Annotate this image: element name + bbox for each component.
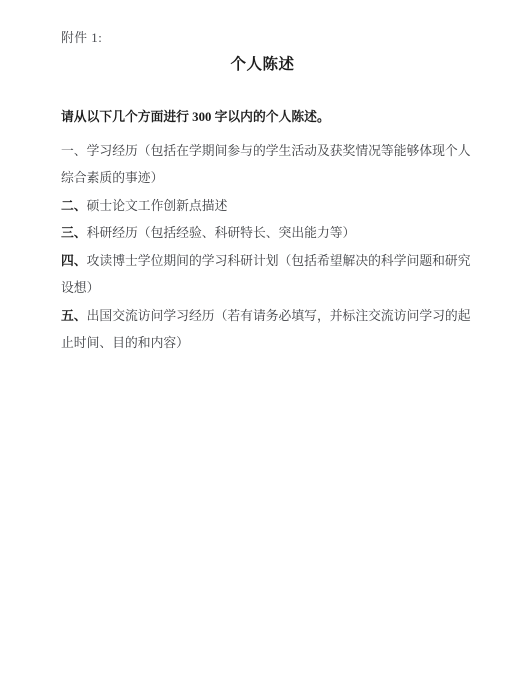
item-line-wrap: 止时间、目的和内容） <box>61 330 471 357</box>
item-line-wrap: 设想） <box>61 275 471 302</box>
item-text: 硕士论文工作创新点描述 <box>87 199 228 213</box>
item-line-wrap: 综合素质的事迹） <box>61 165 471 192</box>
item-text: 止时间、目的和内容） <box>61 336 189 350</box>
item-line-first: 四、攻读博士学位期间的学习科研计划（包括希望解决的科学问题和研究 <box>61 248 471 275</box>
item-number: 三、 <box>61 226 87 240</box>
page-title: 个人陈述 <box>0 52 525 74</box>
item-number: 一、 <box>61 144 87 158</box>
item-text: 综合素质的事迹） <box>61 171 163 185</box>
item-text: 设想） <box>61 281 99 295</box>
item-line-first: 三、科研经历（包括经验、科研特长、突出能力等） <box>61 220 471 247</box>
item-text: 攻读博士学位期间的学习科研计划（包括希望解决的科学问题和研究 <box>87 254 471 268</box>
item-number: 二、 <box>61 199 87 213</box>
item-text: 出国交流访问学习经历（若有请务必填写，并标注交流访问学习的起 <box>87 309 471 323</box>
item-number: 五、 <box>61 309 87 323</box>
item-line-first: 五、出国交流访问学习经历（若有请务必填写，并标注交流访问学习的起 <box>61 303 471 330</box>
item-text: 科研经历（包括经验、科研特长、突出能力等） <box>87 226 356 240</box>
statement-items: 一、学习经历（包括在学期间参与的学生活动及获奖情况等能够体现个人综合素质的事迹）… <box>61 138 471 358</box>
attachment-label: 附件 1: <box>61 29 102 47</box>
intro-instruction: 请从以下几个方面进行 300 字以内的个人陈述。 <box>61 104 471 131</box>
item-text: 学习经历（包括在学期间参与的学生活动及获奖情况等能够体现个人 <box>87 144 471 158</box>
item-line-first: 一、学习经历（包括在学期间参与的学生活动及获奖情况等能够体现个人 <box>61 138 471 165</box>
item-line-first: 二、硕士论文工作创新点描述 <box>61 193 471 220</box>
item-number: 四、 <box>61 254 87 268</box>
document-page: 附件 1: 个人陈述 请从以下几个方面进行 300 字以内的个人陈述。 一、学习… <box>0 0 525 694</box>
